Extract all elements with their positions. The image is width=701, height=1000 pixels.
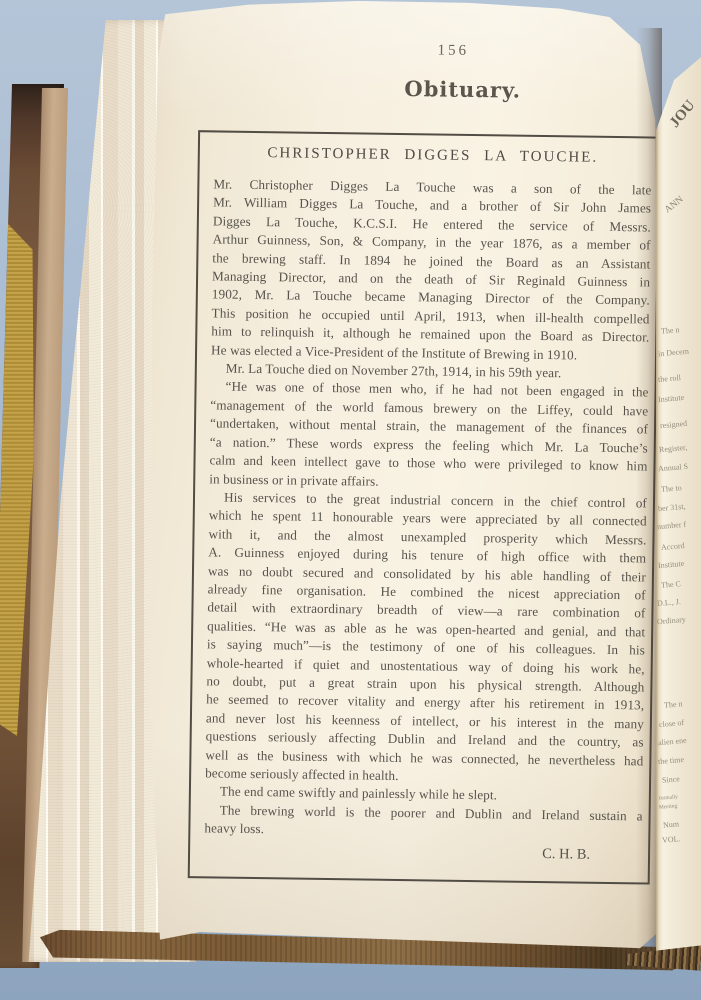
section-heading: Obituary. [363,75,563,103]
page-fragment: Since [662,774,680,785]
page-fragment: Accord [661,541,685,552]
page-fragment: alien ene [658,736,687,747]
paragraph: His services to the great industrial con… [205,488,647,789]
page-fragment: The C [661,579,681,590]
page-fragment: Ordinary [657,615,687,626]
signature: C. H. B. [204,841,642,864]
page-fragment: the time [658,755,685,766]
page-fragment: The n [661,325,680,336]
page-fragment: Register, [659,443,688,454]
right-page: JOUANNThe nin Decemthe rollInstituteresi… [656,48,701,965]
paragraph: Mr. Christopher Digges La Touche was a s… [211,175,652,365]
page-fragment: in Decem [658,347,690,359]
page-fragment: the roll [658,373,682,384]
page-fragment: formally [659,794,678,802]
page-fragment: resigned [660,419,688,430]
page-fragment: D.L., J. [657,597,681,608]
left-page: 156 Obituary. CHRISTOPHER DIGGES LA TOUC… [138,0,662,952]
page-number: 156 [403,42,503,60]
page-fragment: The to [661,483,682,494]
page-fragment: Annual S [658,462,689,474]
page-fragment: number f [657,520,687,532]
page-fragment: JOU [667,98,699,132]
page-content: 156 Obituary. CHRISTOPHER DIGGES LA TOUC… [129,0,666,956]
paragraph: The brewing world is the poorer and Dubl… [204,801,642,844]
page-fragment: The n [664,699,683,710]
page-fragment: close of [659,718,685,729]
page-fragment: VOL. [662,834,681,845]
obituary-box: CHRISTOPHER DIGGES LA TOUCHE. Mr. Christ… [188,130,660,884]
photo-background: 156 Obituary. CHRISTOPHER DIGGES LA TOUC… [0,0,701,1000]
paragraph: “He was one of those men who, if he had … [209,378,648,495]
page-fragment: ber 31st, [658,502,686,513]
page-fragment: Institute [658,393,685,404]
obituary-body: Mr. Christopher Digges La Touche was a s… [204,175,651,844]
page-fragment: Meeting [659,803,678,811]
obituary-title: CHRISTOPHER DIGGES LA TOUCHE. [214,144,652,167]
page-fragment: Institute [658,559,685,570]
page-fragment: Num [663,819,680,829]
page-fragment: ANN [663,195,685,216]
